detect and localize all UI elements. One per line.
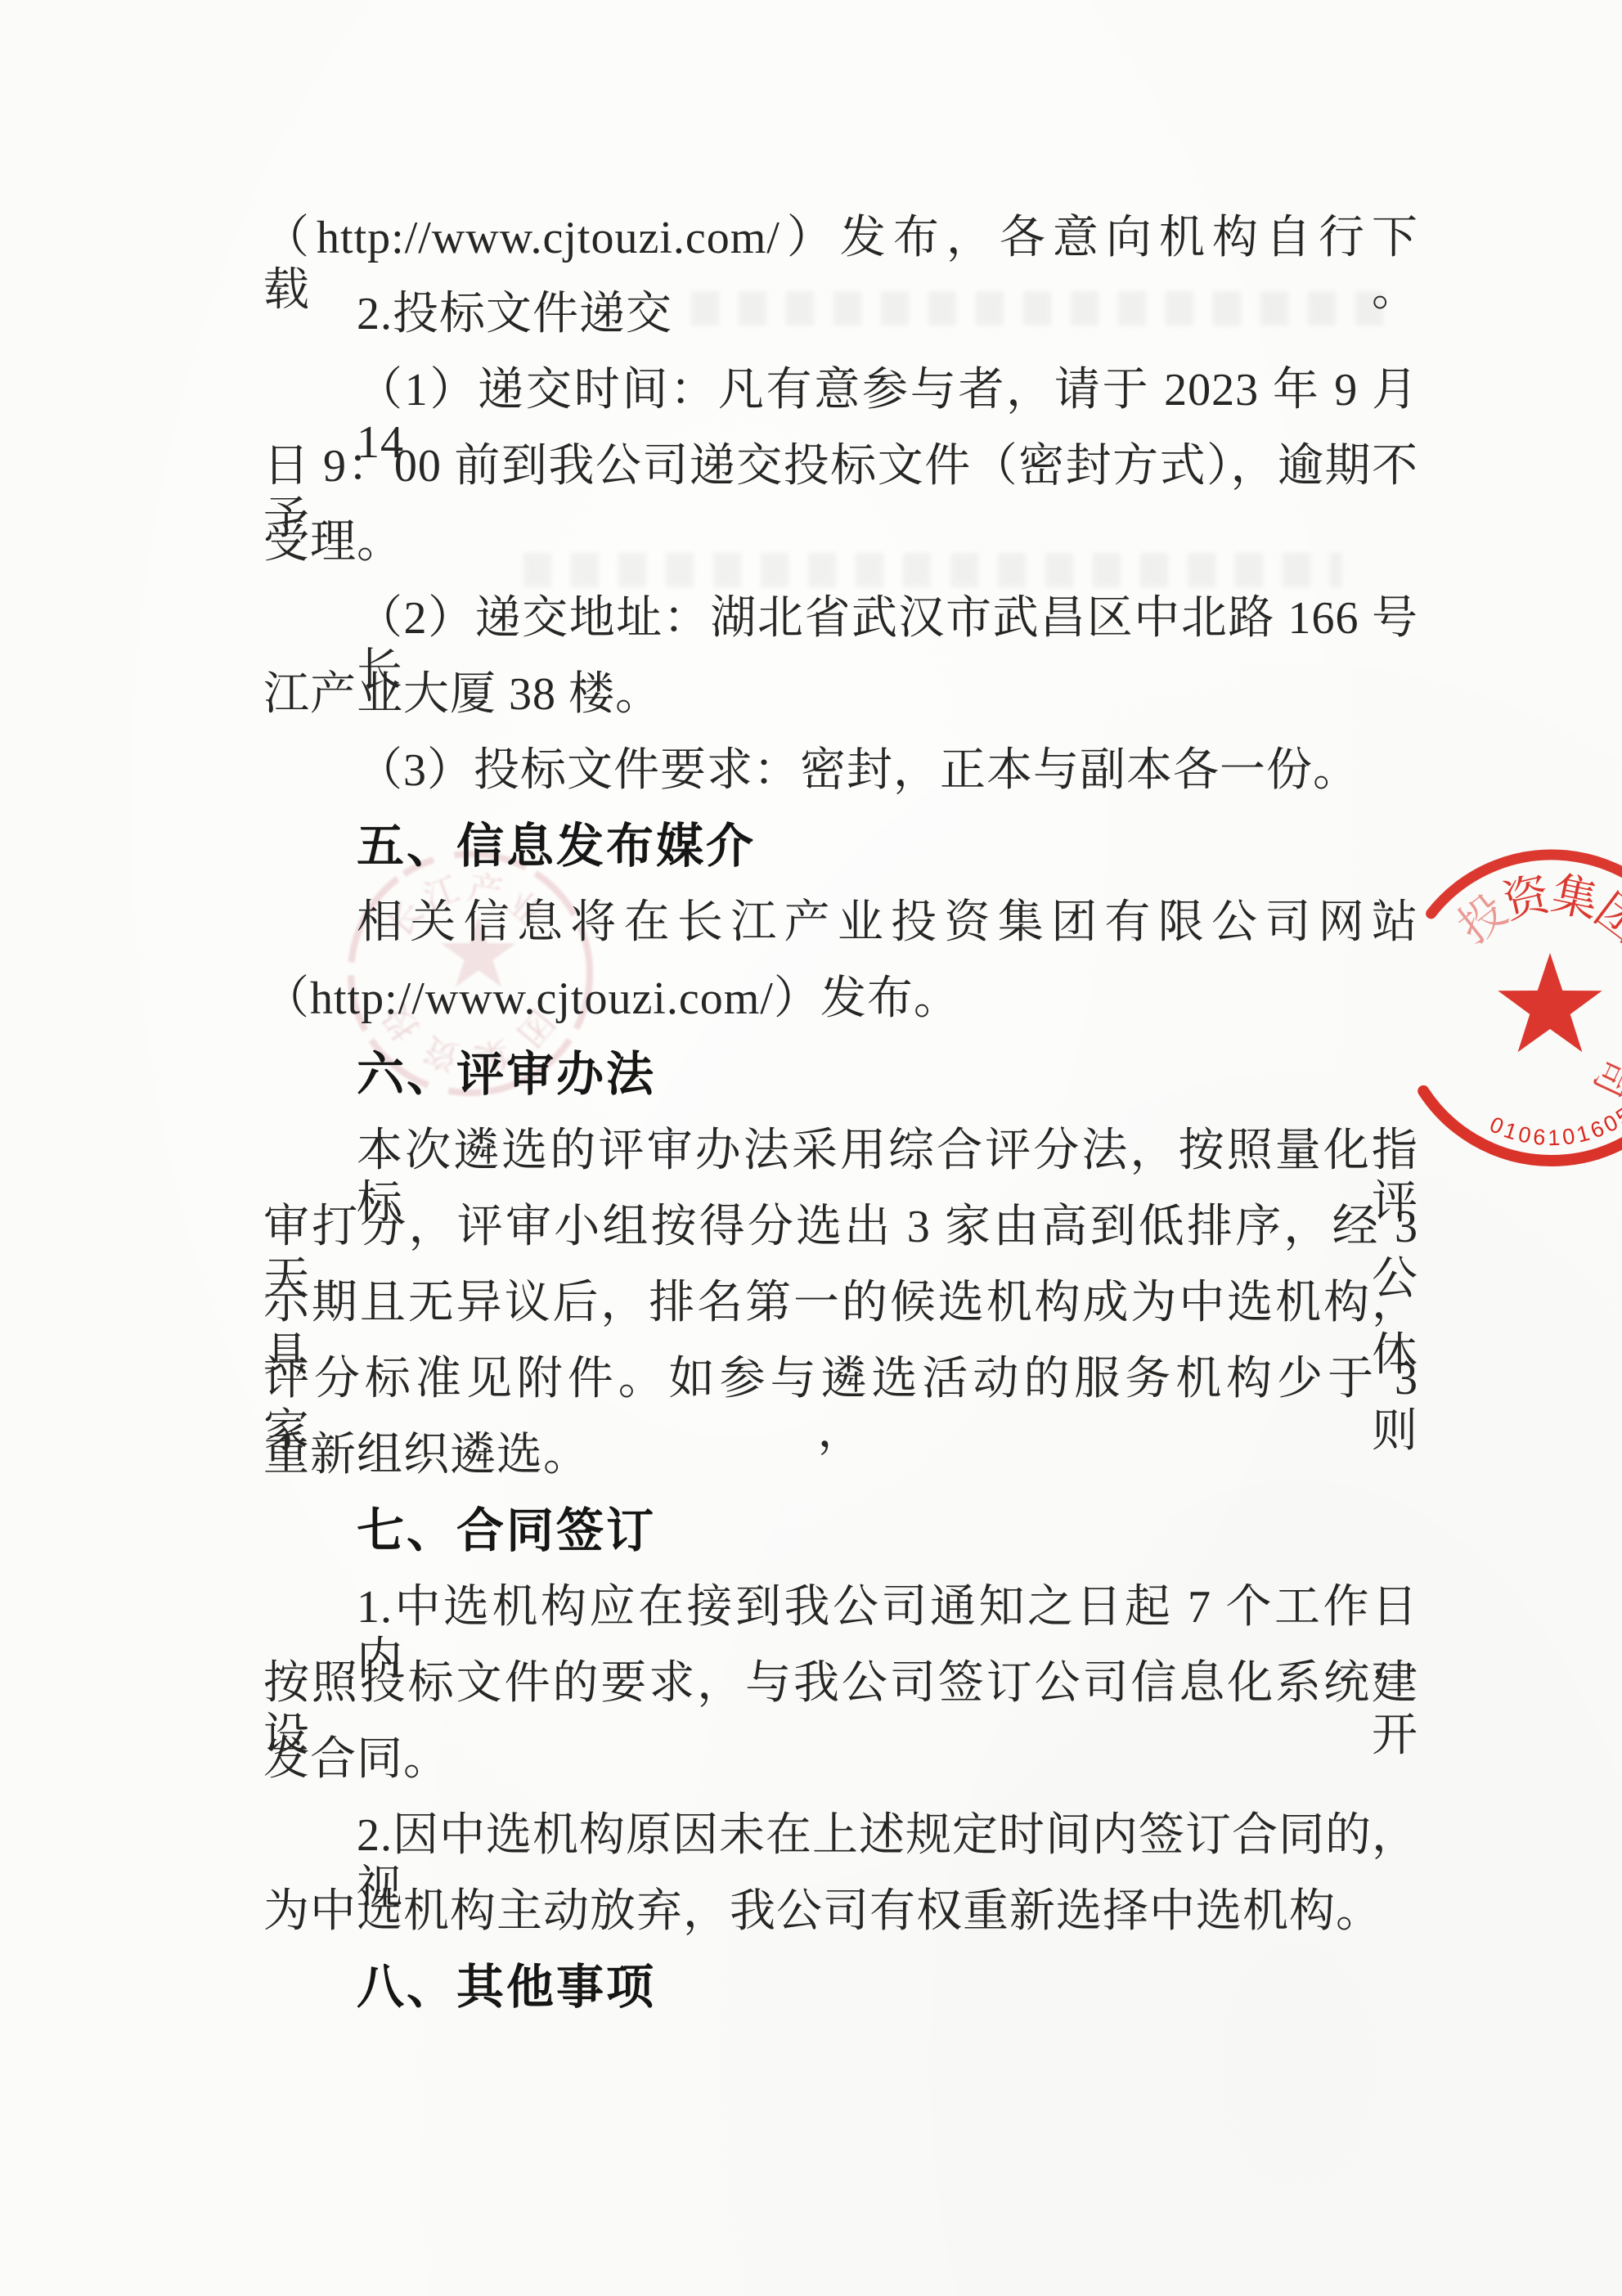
seal-char: 司 [1585,1053,1622,1103]
seal-char: 团 [1586,883,1622,952]
scanned-page: 长 江 产 业 投 资 集 团 （http://www.cjtouzi.com/… [0,0,1622,2296]
seal-code-digits-text: 01061016052 [1486,1092,1622,1150]
seal-char: 资 [1498,867,1557,928]
text-line: （http://www.cjtouzi.com/）发布。 [263,973,1418,1025]
seal-char: 有 [1611,921,1622,986]
text-line: 发合同。 [263,1733,1418,1786]
section-heading: 五、信息发布媒介 [263,820,1418,873]
seal-code-digits: 01061016052 [1486,1092,1622,1150]
seal-ring-bottom-arc [1423,1091,1622,1161]
text-line: 2.投标文件递交 [263,288,1418,340]
text-line: 重新组织遴选。 [263,1429,1418,1481]
text-line: 江产业大厦 38 楼。 [263,668,1418,721]
text-line: 为中选机构主动放弃，我公司有权重新选择中选机构。 [263,1885,1418,1938]
text-line: （3）投标文件要求：密封，正本与副本各一份。 [263,744,1418,797]
text-line: 受理。 [263,516,1418,568]
seal-star-icon [1498,953,1602,1052]
scan-speck [1374,902,1380,905]
scan-speck [1373,1136,1381,1139]
section-heading: 八、其他事项 [263,1961,1418,2014]
text-line: 相关信息将在长江产业投资集团有限公司网站 [263,896,1418,949]
section-heading: 六、评审办法 [263,1049,1418,1101]
seal-char: 投 [1449,884,1516,953]
seal-ring-top-arc [1431,855,1622,955]
section-heading: 七、合同签订 [263,1505,1418,1557]
seal-char: 集 [1548,867,1603,927]
